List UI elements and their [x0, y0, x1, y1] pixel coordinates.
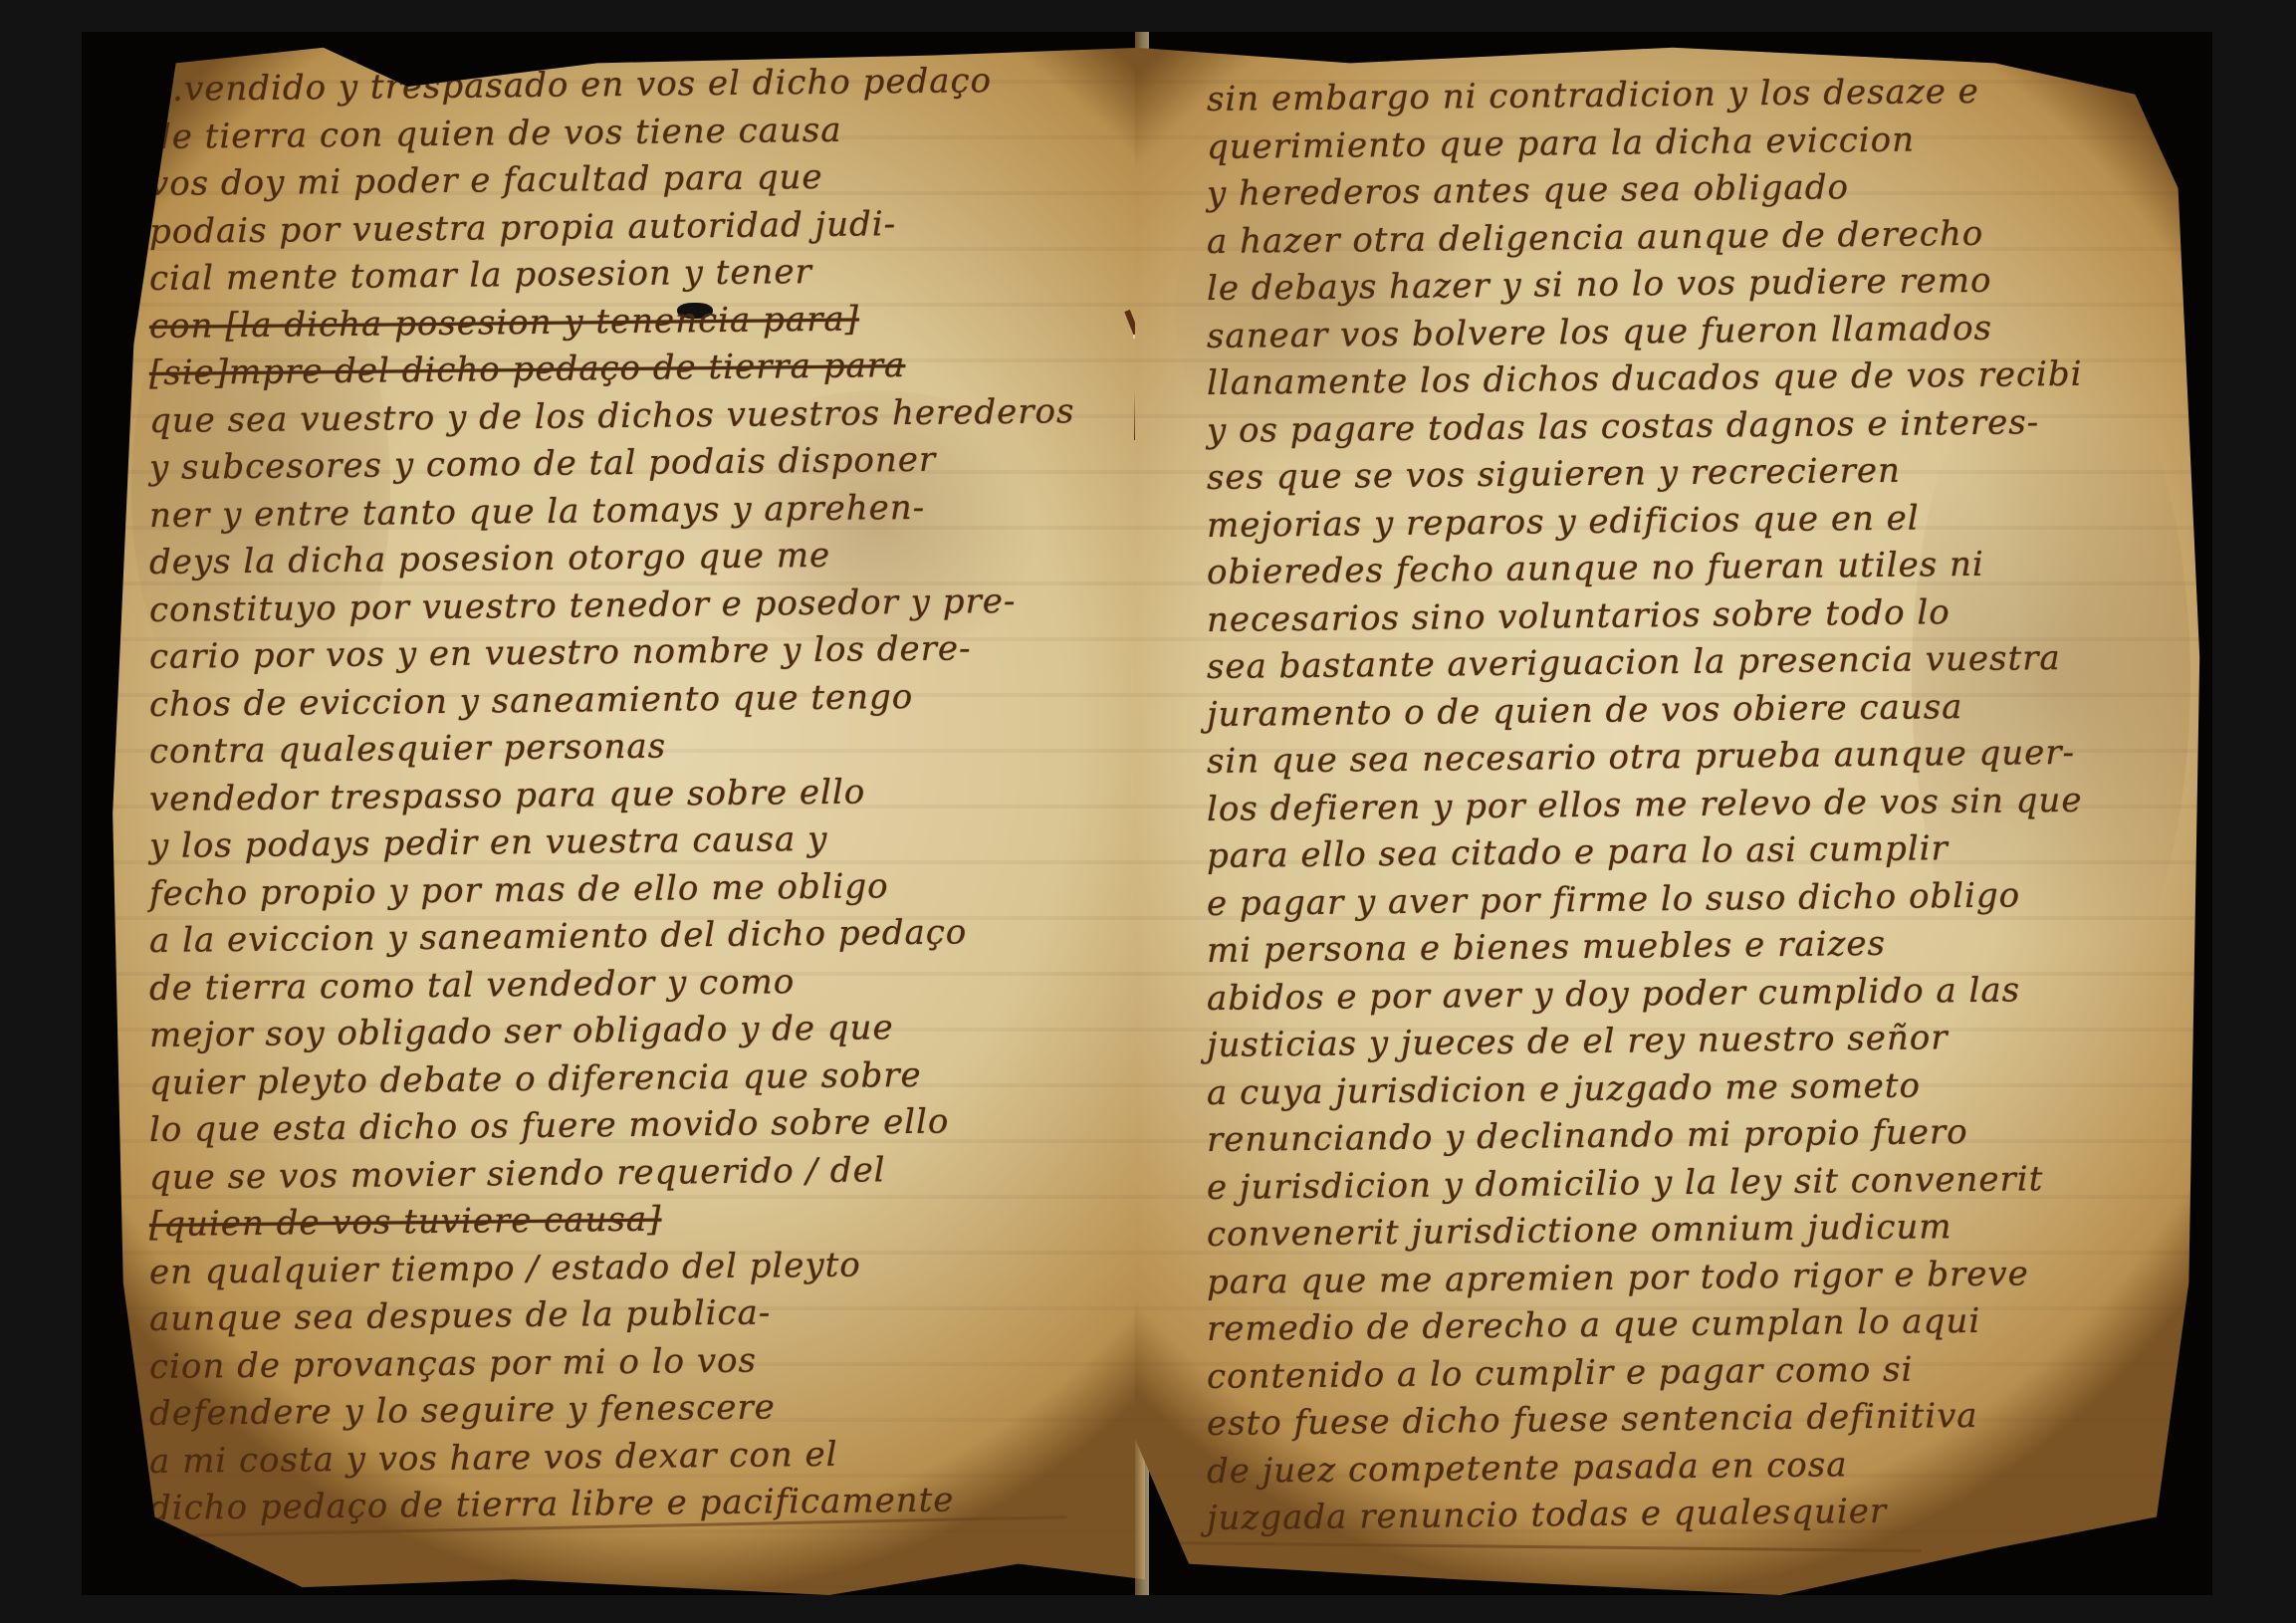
manuscript-line: fecho propio y por mas de ello me obligo — [149, 866, 889, 914]
manuscript-line: cial mente tomar la posesion y tener — [149, 252, 812, 299]
manuscript-line: constituyo por vuestro tenedor e posedor… — [149, 580, 1017, 629]
manuscript-line: necesarios sino voluntarios sobre todo l… — [1207, 592, 1951, 640]
left-page: …vendido y trespasado en vos el dicho pe… — [92, 32, 1145, 1595]
manuscript-line: y subcesores y como de tal podais dispon… — [149, 440, 937, 488]
manuscript-line: de tierra como tal vendedor y como — [149, 962, 796, 1009]
manuscript-line: ner y entre tanto que la tomays y aprehe… — [149, 487, 926, 535]
manuscript-line: e pagar y aver por firme lo suso dicho o… — [1207, 875, 2021, 924]
manuscript-line: contenido a lo cumplir e pagar como si — [1207, 1349, 1914, 1396]
manuscript-line: a mi costa y vos hare vos dexar con el — [149, 1434, 838, 1481]
manuscript-line: aunque sea despues de la publica- — [149, 1292, 772, 1339]
manuscript-line: obieredes fecho aunque no fueran utiles … — [1207, 545, 1984, 592]
manuscript-line: los defieren y por ellos me relevo de vo… — [1207, 780, 2083, 828]
manuscript-line: y herederos antes que sea obligado — [1207, 167, 1849, 214]
manuscript-line: chos de eviccion y saneamiento que tengo — [149, 676, 914, 724]
manuscript-line: vos doy mi poder e facultad para que — [149, 157, 823, 204]
manuscript-line: [sie]mpre del dicho pedaço de tierra par… — [149, 346, 906, 393]
left-page-text: …vendido y trespasado en vos el dicho pe… — [92, 32, 1145, 1595]
manuscript-line: esto fuese dicho fuese sentencia definit… — [1207, 1396, 1978, 1444]
manuscript-line: mejor soy obligado ser obligado y de que — [149, 1008, 894, 1055]
manuscript-line: cario por vos y en vuestro nombre y los … — [149, 628, 972, 677]
manuscript-scan: …vendido y trespasado en vos el dicho pe… — [82, 32, 2212, 1595]
manuscript-line: justicias y jueces de el rey nuestro señ… — [1207, 1018, 1949, 1065]
manuscript-line: en qualquier tiempo / estado del pleyto — [149, 1245, 861, 1291]
right-page: 1564 sin embargo ni contradicion y los d… — [1135, 32, 2210, 1595]
manuscript-line: convenerit jurisdictione omnium judicum — [1207, 1207, 1952, 1255]
manuscript-line: [quien de vos tuviere causa] — [149, 1200, 662, 1245]
manuscript-line: para ello sea citado e para lo asi cumpl… — [1207, 828, 1949, 876]
manuscript-line: querimiento que para la dicha eviccion — [1207, 119, 1915, 166]
manuscript-line: y los podays pedir en vuestra causa y — [149, 819, 828, 866]
manuscript-line: juramento o de quien de vos obiere causa — [1207, 687, 1963, 735]
manuscript-line: ses que se vos siguieren y recrecieren — [1207, 451, 1901, 498]
manuscript-line: e jurisdicion y domicilio y la ley sit c… — [1207, 1159, 2044, 1208]
manuscript-line: que se vos movier siendo requerido / del — [149, 1150, 886, 1198]
manuscript-line: deys la dicha posesion otorgo que me — [149, 536, 830, 582]
manuscript-line: que sea vuestro y de los dichos vuestros… — [149, 391, 1075, 441]
manuscript-line: para que me apremien por todo rigor e br… — [1207, 1254, 2029, 1302]
manuscript-line: lo que esta dicho os fuere movido sobre … — [149, 1102, 950, 1150]
manuscript-line: sin que sea necesario otra prueba aunque… — [1207, 733, 2075, 782]
manuscript-line: abidos e por aver y doy poder cumplido a… — [1207, 970, 2021, 1019]
manuscript-line: sin embargo ni contradicion y los desaze… — [1207, 72, 1979, 119]
right-page-text: sin embargo ni contradicion y los desaze… — [1135, 32, 2210, 1595]
manuscript-line: de tierra con quien de vos tiene causa — [149, 110, 842, 156]
manuscript-line: …vendido y trespasado en vos el dicho pe… — [149, 61, 992, 110]
manuscript-line: sanear vos bolvere los que fueron llamad… — [1207, 308, 1992, 355]
manuscript-line: le debays hazer y si no lo vos pudiere r… — [1207, 261, 1992, 309]
manuscript-line: podais por vuestra propia autoridad judi… — [149, 204, 897, 252]
manuscript-line: a cuya jurisdicion e juzgado me someto — [1207, 1065, 1921, 1113]
manuscript-line: mejorias y reparos y edificios que en el — [1207, 498, 1920, 545]
manuscript-line: llanamente los dichos ducados que de vos… — [1207, 354, 2083, 403]
manuscript-line: a la eviccion y saneamiento del dicho pe… — [149, 912, 968, 961]
manuscript-line: de juez competente pasada en cosa — [1207, 1445, 1848, 1492]
manuscript-line: con [la dicha posesion y tenencia para] — [149, 299, 859, 346]
manuscript-line: contra qualesquier personas — [149, 727, 667, 772]
manuscript-line: a hazer otra deligencia aunque de derech… — [1207, 213, 1984, 261]
manuscript-line: sea bastante averiguacion la presencia v… — [1207, 638, 2061, 687]
manuscript-line: quier pleyto debate o diferencia que sob… — [149, 1054, 922, 1102]
manuscript-line: defendere y lo seguire y fenescere — [149, 1387, 776, 1434]
manuscript-line: remedio de derecho a que cumplan lo aqui — [1207, 1301, 1981, 1349]
manuscript-line: vendedor trespasso para que sobre ello — [149, 772, 866, 819]
manuscript-line: cion de provanças por mi o lo vos — [149, 1340, 757, 1386]
manuscript-line: renunciando y declinando mi propio fuero — [1207, 1112, 1968, 1160]
manuscript-line: mi persona e bienes muebles e raizes — [1207, 924, 1886, 971]
manuscript-line: y os pagare todas las costas dagnos e in… — [1207, 402, 2040, 451]
manuscript-line: juzgada renuncio todas e qualesquier — [1207, 1492, 1888, 1538]
